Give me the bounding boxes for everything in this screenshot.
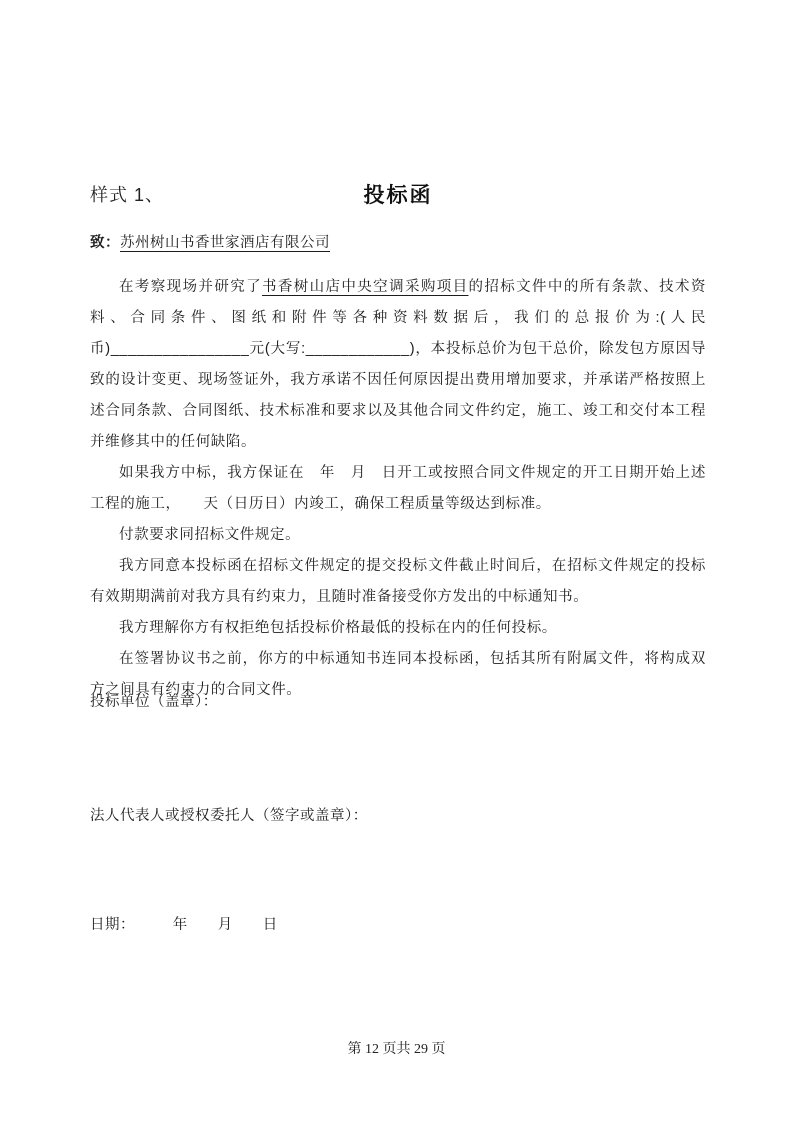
representative-signature-line: 法人代表人或授权委托人（签字或盖章）： [90, 804, 368, 825]
document-page: 样式 1、 投标函 致：苏州树山书香世家酒店有限公司 在考察现场并研究了书香树山… [0, 0, 793, 1122]
paragraph-offer: 在考察现场并研究了书香树山店中央空调采购项目的招标文件中的所有条款、技术资料、合… [90, 272, 706, 458]
addressee-company-name: 苏州树山书香世家酒店有限公司 [120, 235, 330, 251]
title-row: 样式 1、 投标函 [90, 179, 706, 209]
bidder-seal-line: 投标单位（盖章）： [90, 690, 218, 711]
paragraph-offer-lead: 在考察现场并研究了 [119, 279, 262, 295]
page-footer: 第 12 页共 29 页 [0, 1038, 793, 1058]
paragraph-schedule: 如果我方中标，我方保证在 年 月 日开工或按照合同文件规定的开工日期开始上述工程… [90, 458, 706, 520]
page-title: 投标函 [90, 179, 706, 209]
paragraph-payment: 付款要求同招标文件规定。 [90, 520, 706, 551]
date-line: 日期： 年 月 日 [90, 913, 278, 934]
addressee-line: 致：苏州树山书香世家酒店有限公司 [90, 231, 330, 252]
style-label: 样式 1、 [90, 181, 164, 207]
paragraph-offer-rest: 的招标文件中的所有条款、技术资料、合同条件、图纸和附件等各种资料数据后，我们的总… [90, 279, 706, 450]
project-name-underlined: 书香树山店中央空调采购项目 [262, 279, 469, 295]
paragraph-rejection-right: 我方理解你方有权拒绝包括投标价格最低的投标在内的任何投标。 [90, 613, 706, 644]
paragraph-validity: 我方同意本投标函在招标文件规定的提交投标文件截止时间后，在招标文件规定的投标有效… [90, 551, 706, 613]
body-text: 在考察现场并研究了书香树山店中央空调采购项目的招标文件中的所有条款、技术资料、合… [90, 272, 706, 706]
addressee-label: 致： [90, 235, 120, 251]
